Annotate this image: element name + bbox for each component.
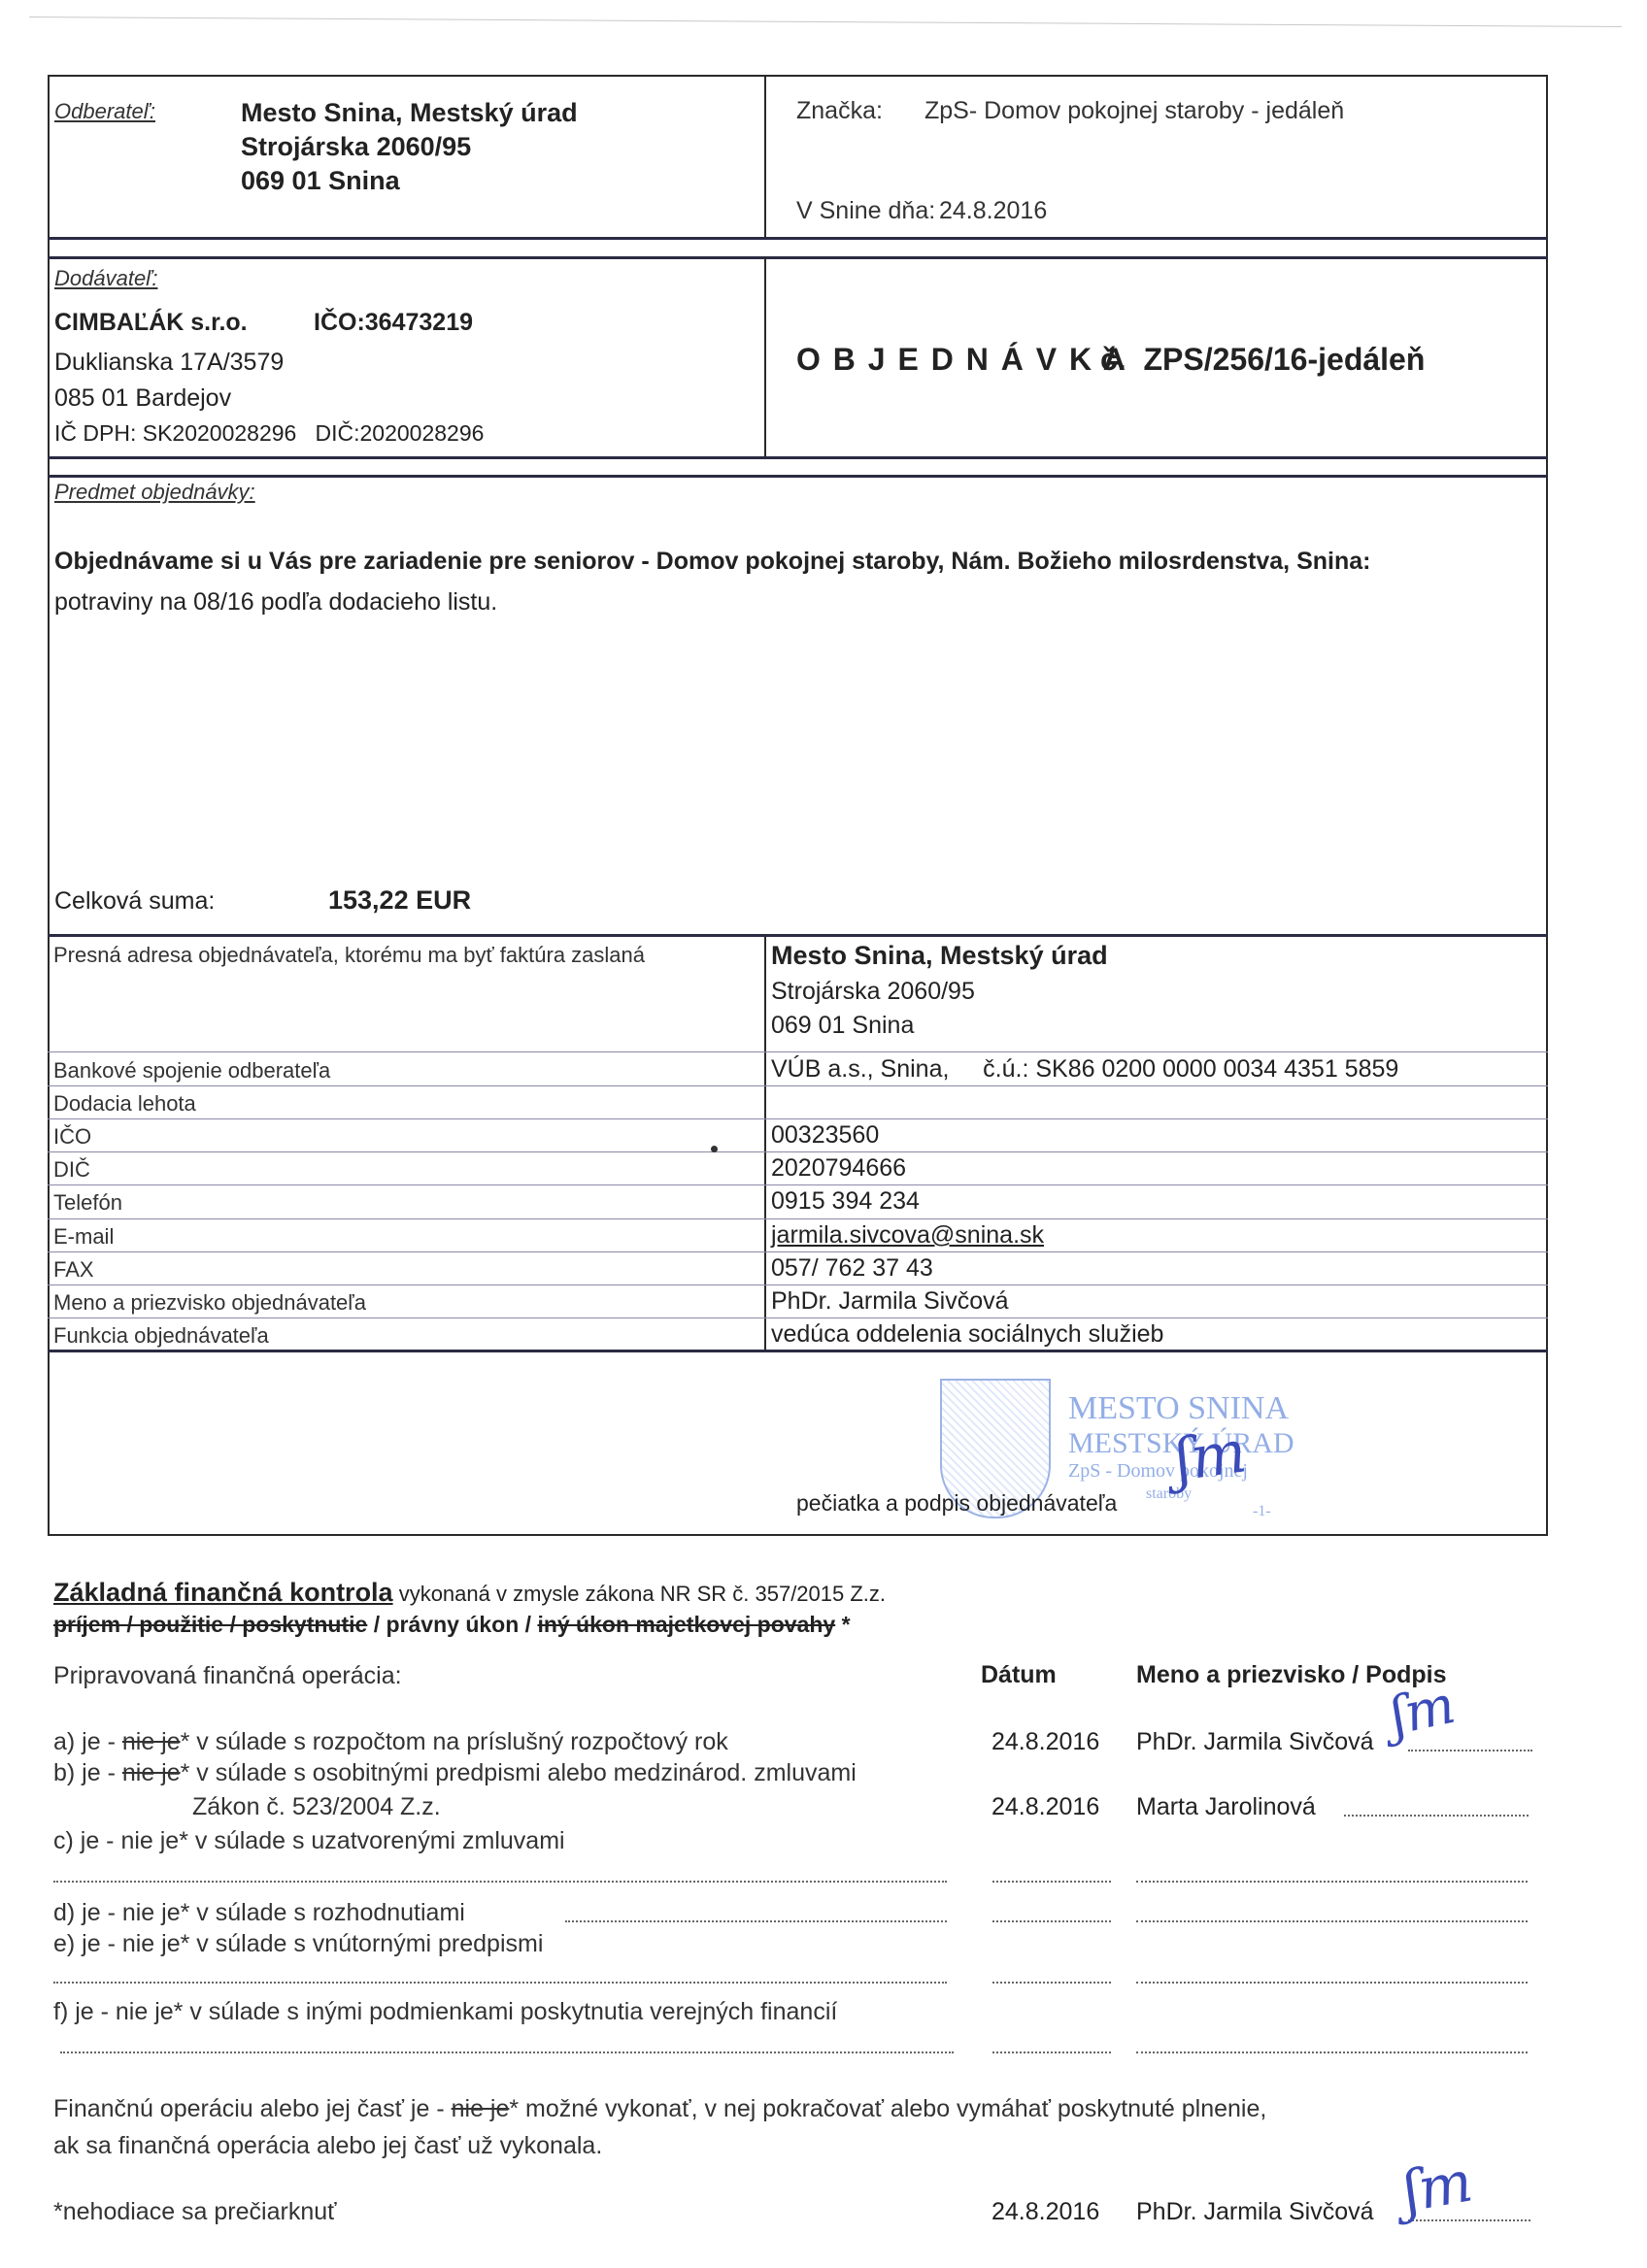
odberatel-name: Mesto Snina, Mestský úrad xyxy=(241,96,578,130)
final-date: 24.8.2016 xyxy=(992,2198,1099,2226)
invoice-address-city: 069 01 Snina xyxy=(771,1012,914,1040)
divider xyxy=(48,237,1548,240)
fax-label: FAX xyxy=(53,1257,94,1283)
delivery-label: Dodacia lehota xyxy=(53,1091,196,1117)
phone-value: 0915 394 234 xyxy=(771,1187,920,1216)
stamp-line-5: -1- xyxy=(1253,1503,1271,1520)
final-signature-icon: ʃm xyxy=(1398,2148,1477,2224)
odberatel-label: Odberateľ: xyxy=(54,99,155,124)
divider xyxy=(48,1350,1548,1352)
function-value: vedúca oddelenia sociálnych služieb xyxy=(771,1320,1163,1349)
control-title: Základná finančná kontrola xyxy=(53,1578,393,1607)
ico-label: IČO xyxy=(53,1124,91,1150)
control-item-d: d) je - nie je* v súlade s rozhodnutiami xyxy=(53,1899,465,1927)
supplier-street: Duklianska 17A/3579 xyxy=(54,349,284,377)
znacka-value: ZpS- Domov pokojnej staroby - jedáleň xyxy=(924,97,1344,125)
final-statement-line2: ak sa finančná operácia alebo jej časť u… xyxy=(53,2132,602,2160)
dic-label: DIČ xyxy=(53,1157,90,1183)
phone-label: Telefón xyxy=(53,1190,122,1216)
control-item-b-law: Zákon č. 523/2004 Z.z. xyxy=(192,1793,441,1821)
sig-date-2: 24.8.2016 xyxy=(992,1793,1099,1821)
odberatel-street: Strojárska 2060/95 xyxy=(241,130,578,164)
invoice-address-label: Presná adresa objednávateľa, ktorému ma … xyxy=(53,943,645,968)
order-number: č. ZPS/256/16-jedáleň xyxy=(1100,342,1425,378)
supplier-city: 085 01 Bardejov xyxy=(54,384,231,413)
type-struck-2: iný úkon majetkovej povahy xyxy=(537,1612,835,1637)
control-item-e: e) je - nie je* v súlade s vnútornými pr… xyxy=(53,1930,543,1958)
control-type: príjem / použitie / poskytnutie / právny… xyxy=(53,1612,851,1638)
email-label: E-mail xyxy=(53,1224,114,1250)
control-heading: Základná finančná kontrola vykonaná v zm… xyxy=(53,1578,886,1608)
subject-label: Predmet objednávky: xyxy=(54,480,255,505)
dic-value: 2020794666 xyxy=(771,1154,906,1183)
order-title: O B J E D N Á V K A xyxy=(796,342,1127,378)
name-value: PhDr. Jarmila Sivčová xyxy=(771,1287,1009,1316)
name-label: Meno a priezvisko objednávateľa xyxy=(53,1290,366,1316)
operation-label: Pripravovaná finančná operácia: xyxy=(53,1662,402,1690)
control-item-f: f) je - nie je* v súlade s inými podmien… xyxy=(53,1998,837,2026)
column-divider xyxy=(764,75,766,238)
divider xyxy=(48,934,1548,937)
sig-date-1: 24.8.2016 xyxy=(992,1728,1099,1756)
control-item-b: b) je - nie je* v súlade s osobitnými pr… xyxy=(53,1759,857,1787)
subject-line2: potraviny na 08/16 podľa dodacieho listu… xyxy=(54,588,497,617)
email-link[interactable]: jarmila.sivcova@snina.sk xyxy=(771,1221,1044,1250)
ink-dot xyxy=(711,1146,718,1152)
type-kept: / právny úkon / xyxy=(367,1612,537,1637)
date-label: V Snine dňa: xyxy=(796,197,935,225)
final-name: PhDr. Jarmila Sivčová xyxy=(1136,2198,1374,2226)
column-divider xyxy=(764,934,766,1351)
fax-value: 057/ 762 37 43 xyxy=(771,1254,933,1283)
odberatel-address: Mesto Snina, Mestský úrad Strojárska 206… xyxy=(241,96,578,198)
type-star: * xyxy=(835,1612,850,1637)
sig-name-1: PhDr. Jarmila Sivčová xyxy=(1136,1728,1374,1756)
total-value: 153,22 EUR xyxy=(328,885,471,916)
control-title-rest: vykonaná v zmysle zákona NR SR č. 357/20… xyxy=(393,1582,886,1606)
ico-value: 00323560 xyxy=(771,1121,879,1150)
supplier-ico: IČO:36473219 xyxy=(314,309,473,337)
footnote: *nehodiace sa prečiarknuť xyxy=(53,2198,337,2226)
znacka-label: Značka: xyxy=(796,97,883,125)
subject-text: Objednávame si u Vás pre zariadenie pre … xyxy=(54,548,1370,576)
type-struck-1: príjem / použitie / poskytnutie xyxy=(53,1612,367,1637)
divider xyxy=(48,475,1548,478)
column-divider xyxy=(764,256,766,457)
sig-name-2: Marta Jarolinová xyxy=(1136,1793,1316,1821)
bank-value: VÚB a.s., Snina, č.ú.: SK86 0200 0000 00… xyxy=(771,1055,1398,1084)
supplier-tax: IČ DPH: SK2020028296 DIČ:2020028296 xyxy=(54,420,484,447)
signature-icon: ʃm xyxy=(1385,1674,1461,1747)
control-item-a: a) je - nie je* v súlade s rozpočtom na … xyxy=(53,1728,728,1756)
date-value: 24.8.2016 xyxy=(939,197,1047,225)
supplier-label: Dodávateľ: xyxy=(54,266,157,291)
final-statement: Finančnú operáciu alebo jej časť je - ni… xyxy=(53,2095,1266,2123)
divider xyxy=(48,256,1548,259)
function-label: Funkcia objednávateľa xyxy=(53,1323,269,1349)
stamp-caption: pečiatka a podpis objednávateľa xyxy=(796,1490,1117,1517)
bank-label: Bankové spojenie odberateľa xyxy=(53,1058,330,1084)
invoice-address-name: Mesto Snina, Mestský úrad xyxy=(771,941,1108,971)
odberatel-city: 069 01 Snina xyxy=(241,164,578,198)
date-header: Dátum xyxy=(981,1661,1057,1689)
supplier-name: CIMBAĽÁK s.r.o. xyxy=(54,309,248,337)
stamp-line-1: MESTO SNINA xyxy=(1068,1390,1289,1427)
signature-mark-icon: ʃm xyxy=(1170,1417,1250,1495)
divider xyxy=(48,456,1548,459)
total-label: Celková suma: xyxy=(54,887,215,916)
scan-edge-line xyxy=(29,17,1622,27)
invoice-address-street: Strojárska 2060/95 xyxy=(771,978,975,1006)
control-item-c: c) je - nie je* v súlade s uzatvorenými … xyxy=(53,1827,565,1855)
